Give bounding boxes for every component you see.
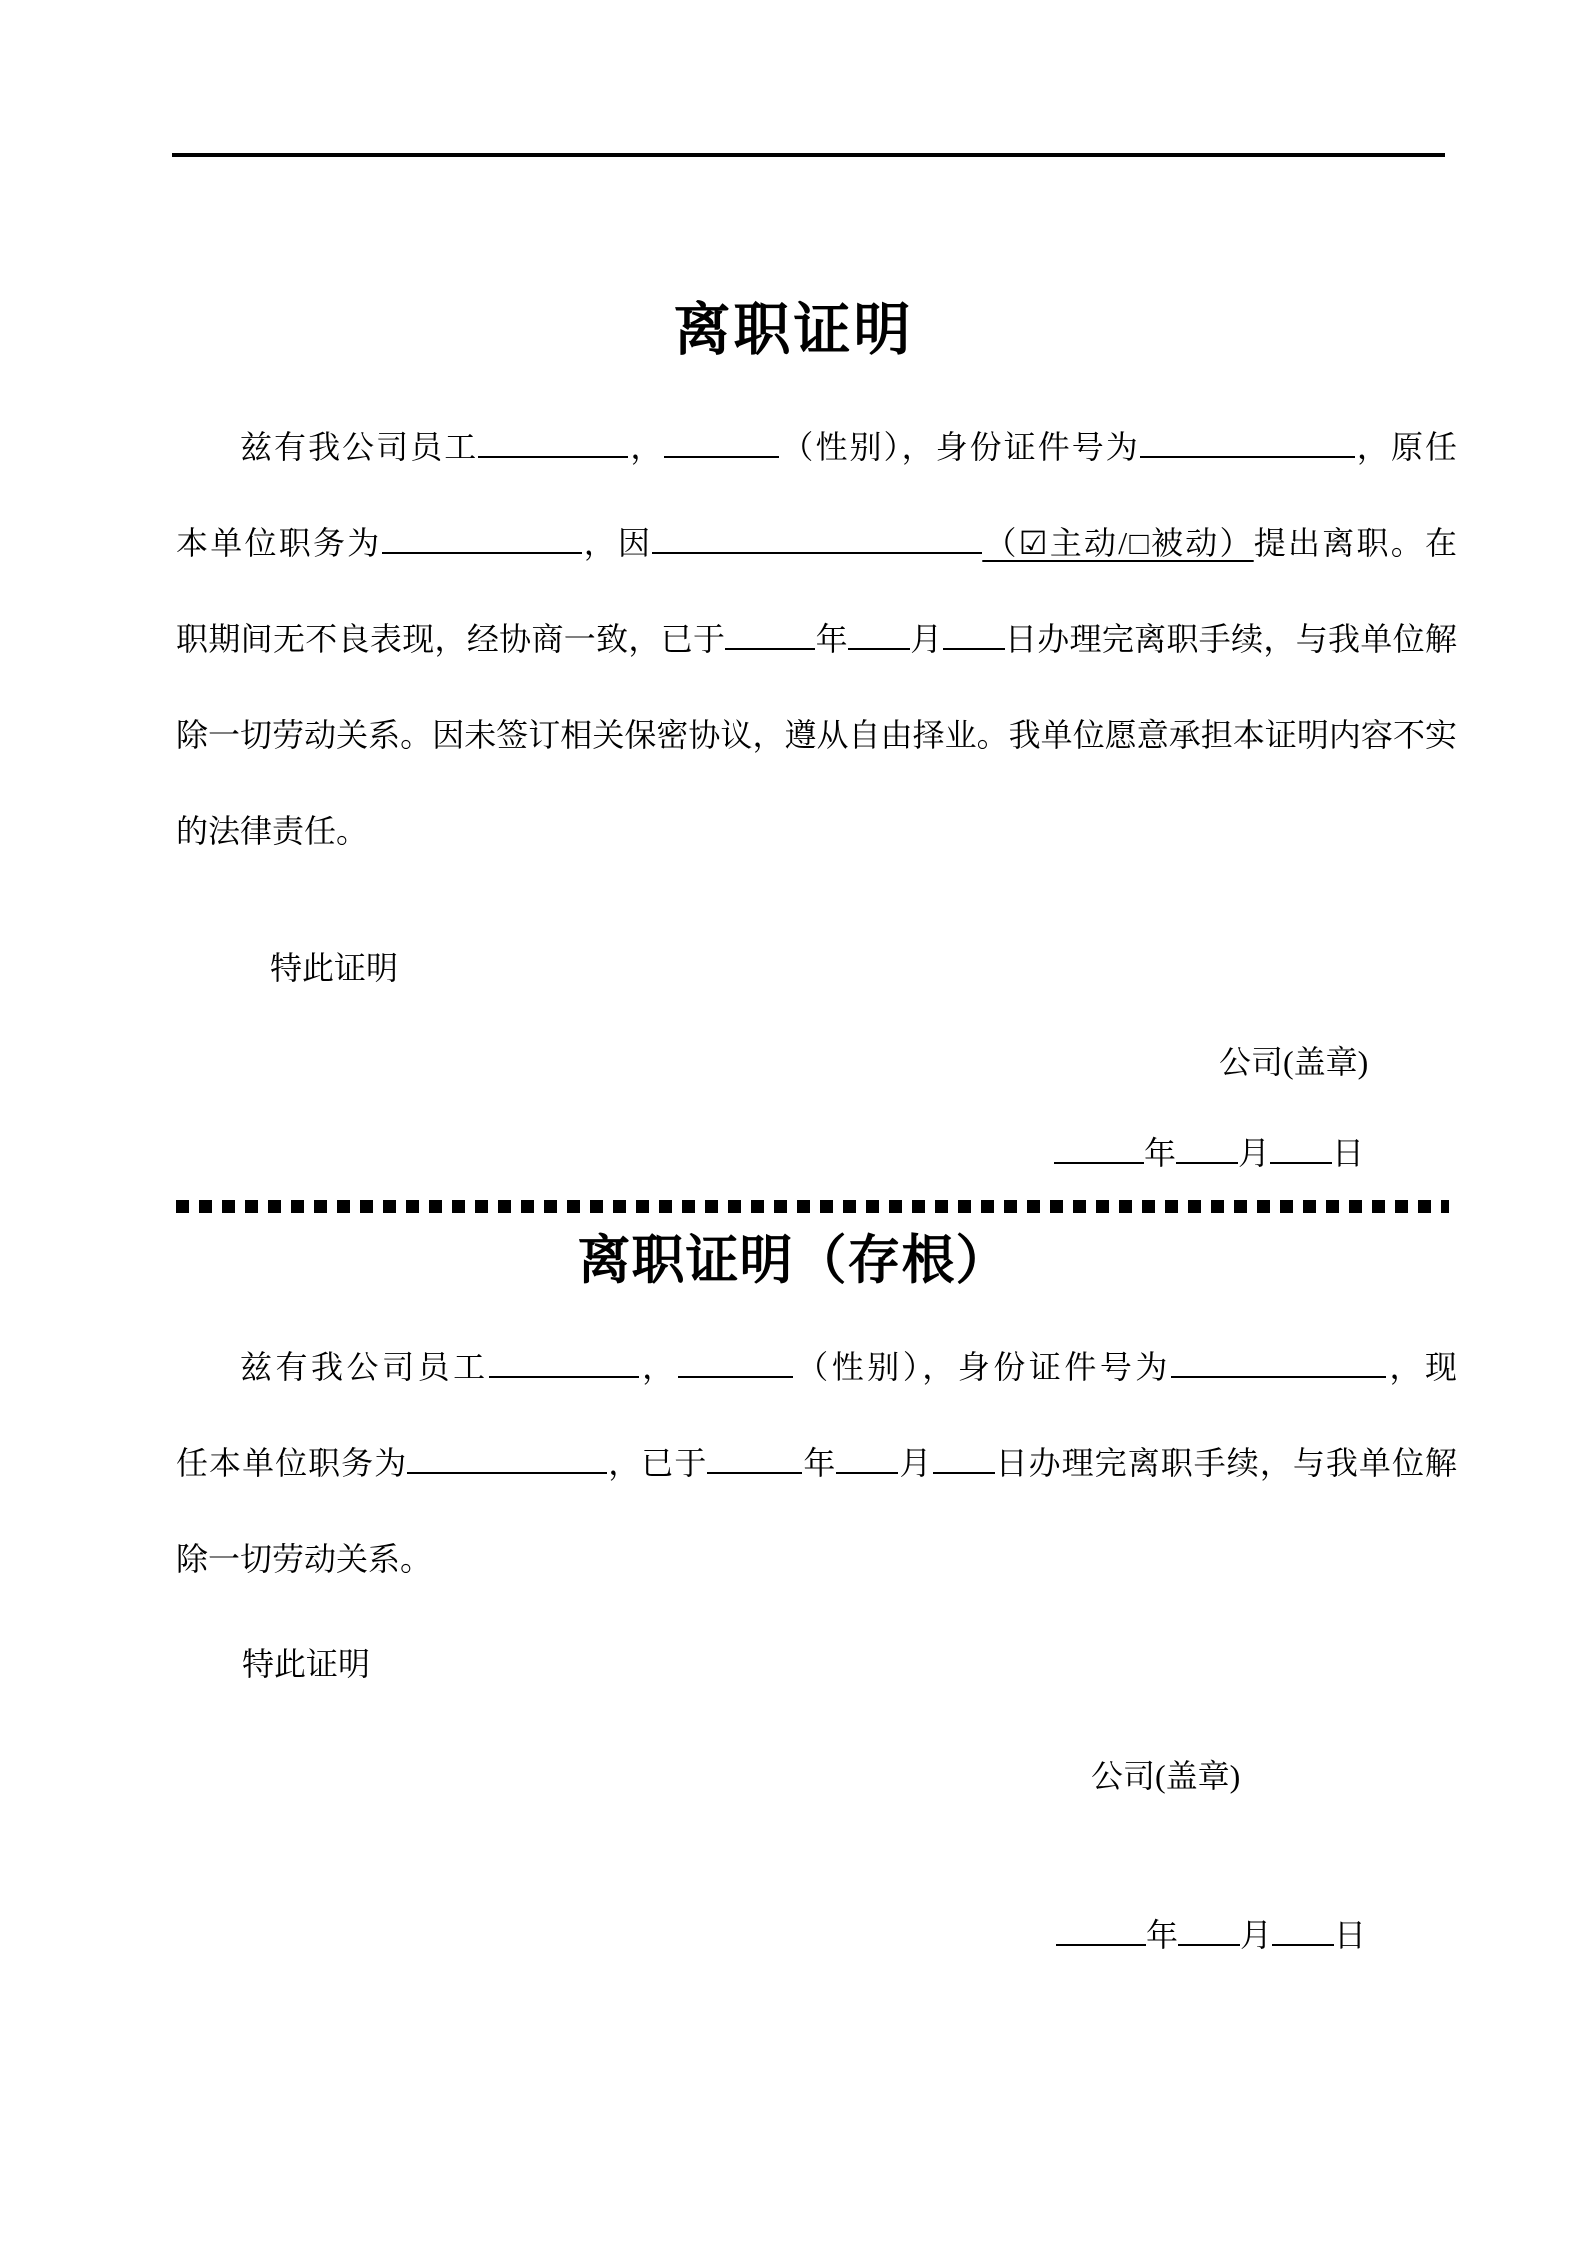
paragraph-line: 任本单位职务为，已于年月日办理完离职手续，与我单位解 [176, 1415, 1457, 1511]
stub-date-line: 年月日 [1056, 1910, 1366, 1955]
blank-fill-in-field [489, 1342, 639, 1378]
document-page: 离职证明 兹有我公司员工，（性别），身份证件号为，原任本单位职务为，因（☑主动/… [0, 0, 1587, 2245]
text-run: ， [639, 1349, 678, 1385]
paragraph-line: 本单位职务为，因（☑主动/□被动）提出离职。在 [176, 495, 1457, 591]
blank-fill-in-field [848, 614, 910, 650]
paragraph-line: 职期间无不良表现，经协商一致，已于年月日办理完离职手续，与我单位解 [176, 591, 1457, 687]
text-run: ，已于 [607, 1445, 707, 1481]
text-run: ， [628, 429, 664, 465]
text-run: ，原任 [1355, 429, 1457, 465]
text-run: 除一切劳动关系。因未签订相关保密协议，遵从自由择业。我单位愿意承担本证明内容不实 [176, 717, 1457, 753]
text-run: 日 [1332, 1135, 1364, 1171]
text-run: 除一切劳动关系。 [176, 1541, 432, 1577]
text-run: 提出离职。在 [1254, 525, 1457, 561]
blank-fill-in-field [836, 1438, 898, 1474]
text-run: 年 [802, 1445, 836, 1481]
blank-fill-in-field [1176, 1128, 1238, 1164]
main-date-line: 年月日 [1054, 1128, 1364, 1173]
blank-fill-in-field [478, 422, 628, 458]
text-run: 日办理完离职手续，与我单位解 [1005, 621, 1457, 657]
text-run: 年 [1146, 1917, 1178, 1953]
blank-fill-in-field [1054, 1128, 1144, 1164]
blank-fill-in-field [725, 614, 815, 650]
main-paragraph: 兹有我公司员工，（性别），身份证件号为，原任本单位职务为，因（☑主动/□被动）提… [176, 399, 1457, 879]
blank-fill-in-field [1270, 1128, 1332, 1164]
stub-paragraph: 兹有我公司员工，（性别），身份证件号为，现任本单位职务为，已于年月日办理完离职手… [176, 1319, 1457, 1607]
blank-fill-in-field [664, 422, 779, 458]
text-run: 月 [1240, 1917, 1272, 1953]
text-run: 月 [1238, 1135, 1270, 1171]
text-run: ，因 [582, 525, 653, 561]
text-run: 本单位职务为 [176, 525, 382, 561]
blank-fill-in-field [1171, 1342, 1386, 1378]
stub-certify-line: 特此证明 [242, 1644, 370, 1684]
blank-fill-in-field [407, 1438, 607, 1474]
text-run: 月 [910, 621, 943, 657]
paragraph-line: 兹有我公司员工，（性别），身份证件号为，现 [176, 1319, 1457, 1415]
blank-fill-in-field [1272, 1910, 1334, 1946]
text-run: 日办理完离职手续，与我单位解 [995, 1445, 1457, 1481]
stub-title: 离职证明（存根） [0, 1231, 1587, 1292]
main-title: 离职证明 [0, 298, 1587, 364]
text-run: （性别），身份证件号为 [779, 429, 1139, 465]
text-run: （性别），身份证件号为 [793, 1349, 1171, 1385]
text-run: 职期间无不良表现，经协商一致，已于 [176, 621, 725, 657]
text-run: 年 [1144, 1135, 1176, 1171]
blank-fill-in-field [1178, 1910, 1240, 1946]
underlined-text-run: （☑主动/□被动） [982, 525, 1253, 561]
blank-fill-in-field [707, 1438, 802, 1474]
blank-fill-in-field [382, 518, 582, 554]
text-run: 年 [815, 621, 848, 657]
blank-fill-in-field [1140, 422, 1355, 458]
text-run: 的法律责任。 [176, 813, 368, 849]
blank-fill-in-field [943, 614, 1005, 650]
paragraph-line: 兹有我公司员工，（性别），身份证件号为，原任 [176, 399, 1457, 495]
blank-fill-in-field [933, 1438, 995, 1474]
text-run: 日 [1334, 1917, 1366, 1953]
paragraph-line: 除一切劳动关系。因未签订相关保密协议，遵从自由择业。我单位愿意承担本证明内容不实 [176, 687, 1457, 783]
text-run: 任本单位职务为 [176, 1445, 407, 1481]
stub-company-seal-line: 公司(盖章) [1091, 1756, 1240, 1796]
blank-fill-in-field [1056, 1910, 1146, 1946]
blank-fill-in-field [652, 518, 982, 554]
text-run: 兹有我公司员工 [240, 1349, 489, 1385]
text-run: ，现 [1386, 1349, 1457, 1385]
text-run: 兹有我公司员工 [240, 429, 478, 465]
dotted-cutline-separator [176, 1200, 1449, 1213]
paragraph-line: 的法律责任。 [176, 783, 1457, 879]
paragraph-line: 除一切劳动关系。 [176, 1511, 1457, 1607]
main-company-seal-line: 公司(盖章) [1219, 1042, 1368, 1082]
blank-fill-in-field [678, 1342, 793, 1378]
text-run: 月 [898, 1445, 932, 1481]
header-rule [172, 153, 1445, 157]
main-certify-line: 特此证明 [270, 948, 398, 988]
